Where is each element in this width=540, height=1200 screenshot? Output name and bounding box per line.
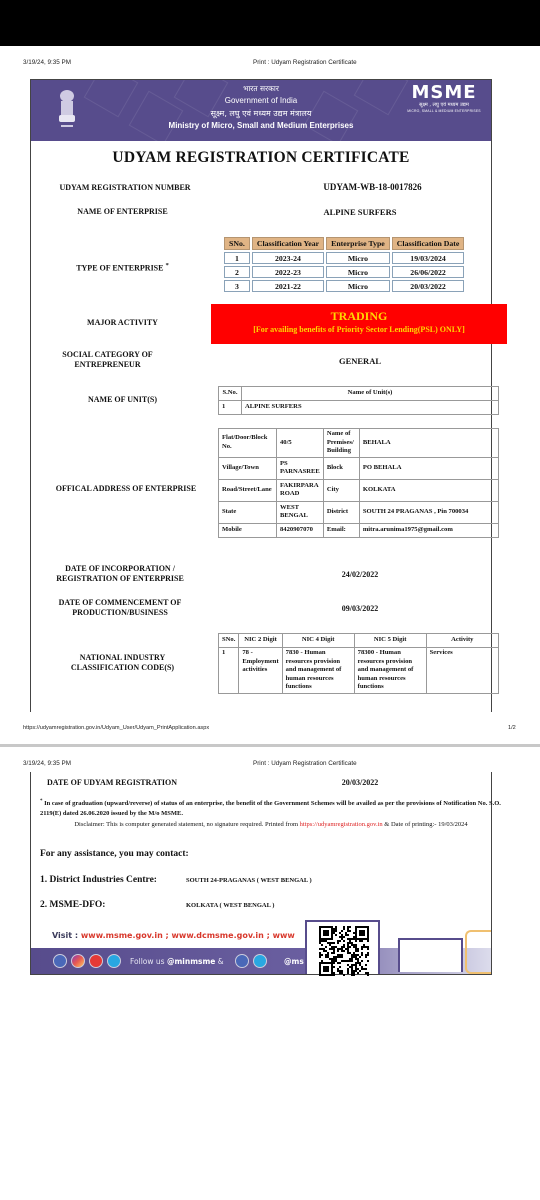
table-cell: Village/Town [219, 457, 277, 479]
column-header: Classification Year [252, 237, 324, 250]
disclaimer-link[interactable]: https://udyamregistration.gov.in [300, 821, 383, 828]
msme-logo-english: MICRO, SMALL & MEDIUM ENTERPRISES [405, 109, 483, 114]
table-cell: 3 [224, 280, 250, 292]
national-emblem-icon [55, 87, 79, 131]
incorporation-label: DATE OF INCORPORATION / REGISTRATION OF … [45, 564, 195, 584]
table-cell: 2023-24 [252, 252, 324, 264]
placeholder-box [398, 938, 463, 972]
column-header: NIC 4 Digit [282, 634, 354, 648]
table-row: Road/Street/LaneFAKIRPARA ROADCityKOLKAT… [219, 479, 499, 501]
table-row: 32021-22Micro20/03/2022 [224, 280, 464, 292]
table-cell: 1 [219, 648, 239, 694]
banner-english-line1: Government of India [131, 95, 391, 107]
address-label: OFFICAL ADDRESS OF ENTERPRISE [36, 484, 216, 494]
column-header: S.No. [219, 387, 242, 401]
table-cell: 2022-23 [252, 266, 324, 278]
table-cell: SOUTH 24 PRAGANAS , Pin 700034 [359, 501, 498, 523]
contact-dic-label: 1. District Industries Centre: [40, 875, 157, 885]
social-category: GENERAL [270, 356, 450, 366]
nic-label: NATIONAL INDUSTRY CLASSIFICATION CODE(S) [55, 653, 190, 673]
table-cell: 20/03/2022 [392, 280, 465, 292]
table-cell: Road/Street/Lane [219, 479, 277, 501]
facebook-icon[interactable] [53, 954, 67, 968]
status-bar [0, 0, 540, 46]
udyam-date: 20/03/2022 [330, 778, 390, 787]
print-header: 3/19/24, 9:35 PM Print : Udyam Registrat… [0, 59, 540, 71]
table-cell: 1 [219, 401, 242, 415]
table-row: 1ALPINE SURFERS [219, 401, 499, 415]
banner-hindi-line2: सूक्ष्म, लघु एवं मध्यम उद्यम मंत्रालय [131, 107, 391, 120]
table-cell: FAKIRPARA ROAD [277, 479, 324, 501]
msme-logo-text: MSME [405, 84, 483, 102]
column-header: Classification Date [392, 237, 465, 250]
units-table: S.No.Name of Unit(s) 1ALPINE SURFERS [218, 386, 499, 415]
table-cell: 19/03/2024 [392, 252, 465, 264]
table-row: 178 - Employment activities7830 - Human … [219, 648, 499, 694]
follow-handle-2: @ms [284, 957, 304, 966]
facebook-icon[interactable] [235, 954, 249, 968]
table-cell: PO BEHALA [359, 457, 498, 479]
table-cell: 7830 - Human resources provision and man… [282, 648, 354, 694]
table-cell: 2021-22 [252, 280, 324, 292]
contact-dfo-value: KOLKATA ( WEST BENGAL ) [186, 902, 274, 909]
table-cell: District [323, 501, 359, 523]
banner-english-line2: Ministry of Micro, Small and Medium Ente… [131, 120, 391, 132]
type-of-enterprise-label: TYPE OF ENTERPRISE * [40, 261, 205, 274]
classification-table: SNo.Classification YearEnterprise TypeCl… [222, 235, 466, 294]
column-header: Enterprise Type [326, 237, 390, 250]
print-timestamp: 3/19/24, 9:35 PM [23, 760, 71, 767]
commencement-date: 09/03/2022 [270, 604, 450, 613]
instagram-icon[interactable] [71, 954, 85, 968]
print-title: Print : Udyam Registration Certificate [253, 760, 357, 767]
table-cell: City [323, 479, 359, 501]
enterprise-name: ALPINE SURFERS [270, 207, 450, 217]
twitter-icon[interactable] [107, 954, 121, 968]
table-cell: 8420907070 [277, 523, 324, 537]
table-cell: ALPINE SURFERS [242, 401, 499, 415]
table-row: StateWEST BENGALDistrictSOUTH 24 PRAGANA… [219, 501, 499, 523]
major-activity-box: TRADING [For availing benefits of Priori… [211, 304, 507, 344]
column-header: SNo. [219, 634, 239, 648]
msme-logo: MSME सूक्ष्म , लघु एवं मध्यम उद्यम MICRO… [405, 84, 483, 114]
table-cell: State [219, 501, 277, 523]
table-cell: Micro [326, 252, 390, 264]
table-row: Village/TownPS PARNASREEBlockPO BEHALA [219, 457, 499, 479]
table-cell: PS PARNASREE [277, 457, 324, 479]
major-activity-note: [For availing benefits of Priority Secto… [211, 324, 507, 336]
table-row: 22022-23Micro26/06/2022 [224, 266, 464, 278]
table-cell: 26/06/2022 [392, 266, 465, 278]
column-header: NIC 5 Digit [354, 634, 426, 648]
page-number: 1/2 [508, 725, 516, 731]
column-header: Activity [426, 634, 498, 648]
table-cell: Name of Premises/ Building [323, 429, 359, 458]
assistance-title: For any assistance, you may contact: [40, 849, 189, 859]
gov-banner: भारत सरकार Government of India सूक्ष्म, … [31, 80, 491, 141]
social-category-label: SOCIAL CATEGORY OF ENTREPRENEUR [55, 350, 160, 370]
contact-dic-value: SOUTH 24-PRAGANAS ( WEST BENGAL ) [186, 877, 312, 884]
table-cell: BEHALA [359, 429, 498, 458]
msme-logo-hindi: सूक्ष्म , लघु एवं मध्यम उद्यम [405, 102, 483, 109]
commencement-label: DATE OF COMMENCEMENT OF PRODUCTION/BUSIN… [45, 598, 195, 618]
incorporation-date: 24/02/2022 [270, 570, 450, 579]
youtube-icon[interactable] [89, 954, 103, 968]
table-cell: KOLKATA [359, 479, 498, 501]
address-table: Flat/Door/Block No.40/5Name of Premises/… [218, 428, 499, 538]
table-cell: Block [323, 457, 359, 479]
major-activity-label: MAJOR ACTIVITY [40, 318, 205, 328]
table-row: Flat/Door/Block No.40/5Name of Premises/… [219, 429, 499, 458]
table-cell: 1 [224, 252, 250, 264]
table-cell: WEST BENGAL [277, 501, 324, 523]
hexagon-decoration [465, 930, 491, 974]
units-label: NAME OF UNIT(S) [40, 395, 205, 405]
nic-table: SNo.NIC 2 DigitNIC 4 DigitNIC 5 DigitAct… [218, 633, 499, 694]
print-header-page2: 3/19/24, 9:35 PM Print : Udyam Registrat… [0, 760, 540, 772]
print-title: Print : Udyam Registration Certificate [253, 59, 357, 66]
column-header: Name of Unit(s) [242, 387, 499, 401]
graduation-note: * In case of graduation (upward/reverse)… [40, 797, 502, 819]
banner-hindi-line1: भारत सरकार [131, 83, 391, 95]
qr-code-icon [313, 926, 375, 976]
table-cell: 40/5 [277, 429, 324, 458]
table-cell: 78 - Employment activities [239, 648, 282, 694]
registration-number-label: UDYAM REGISTRATION NUMBER [40, 183, 210, 193]
table-row: Mobile8420907070Email:mitra.arunima1975@… [219, 523, 499, 537]
disclaimer: Disclaimer: This is computer generated s… [40, 820, 502, 829]
qr-code[interactable] [305, 920, 380, 974]
page-separator [0, 744, 540, 747]
print-url[interactable]: https://udyamregistration.gov.in/Udyam_U… [23, 725, 209, 731]
print-timestamp: 3/19/24, 9:35 PM [23, 59, 71, 66]
table-cell: Micro [326, 280, 390, 292]
column-header: SNo. [224, 237, 250, 250]
follow-us-text: Follow us @minmsme & [130, 957, 224, 966]
twitter-icon[interactable] [253, 954, 267, 968]
table-cell: mitra.arunima1975@gmail.com [359, 523, 498, 537]
table-cell: 78300 - Human resources provision and ma… [354, 648, 426, 694]
column-header: NIC 2 Digit [239, 634, 282, 648]
certificate-title: UDYAM REGISTRATION CERTIFICATE [31, 149, 491, 167]
table-cell: Micro [326, 266, 390, 278]
visit-urls[interactable]: www.msme.gov.in ; www.dcmsme.gov.in ; ww… [81, 931, 295, 940]
table-row: 12023-24Micro19/03/2024 [224, 252, 464, 264]
contact-dfo-label: 2. MSME-DFO: [40, 900, 105, 910]
enterprise-name-label: NAME OF ENTERPRISE [40, 207, 205, 217]
table-cell: Mobile [219, 523, 277, 537]
table-cell: Services [426, 648, 498, 694]
udyam-date-label: DATE OF UDYAM REGISTRATION [47, 778, 177, 788]
table-cell: 2 [224, 266, 250, 278]
table-cell: Flat/Door/Block No. [219, 429, 277, 458]
table-cell: Email: [323, 523, 359, 537]
major-activity: TRADING [211, 304, 507, 324]
registration-number: UDYAM-WB-18-0017826 [270, 182, 475, 192]
